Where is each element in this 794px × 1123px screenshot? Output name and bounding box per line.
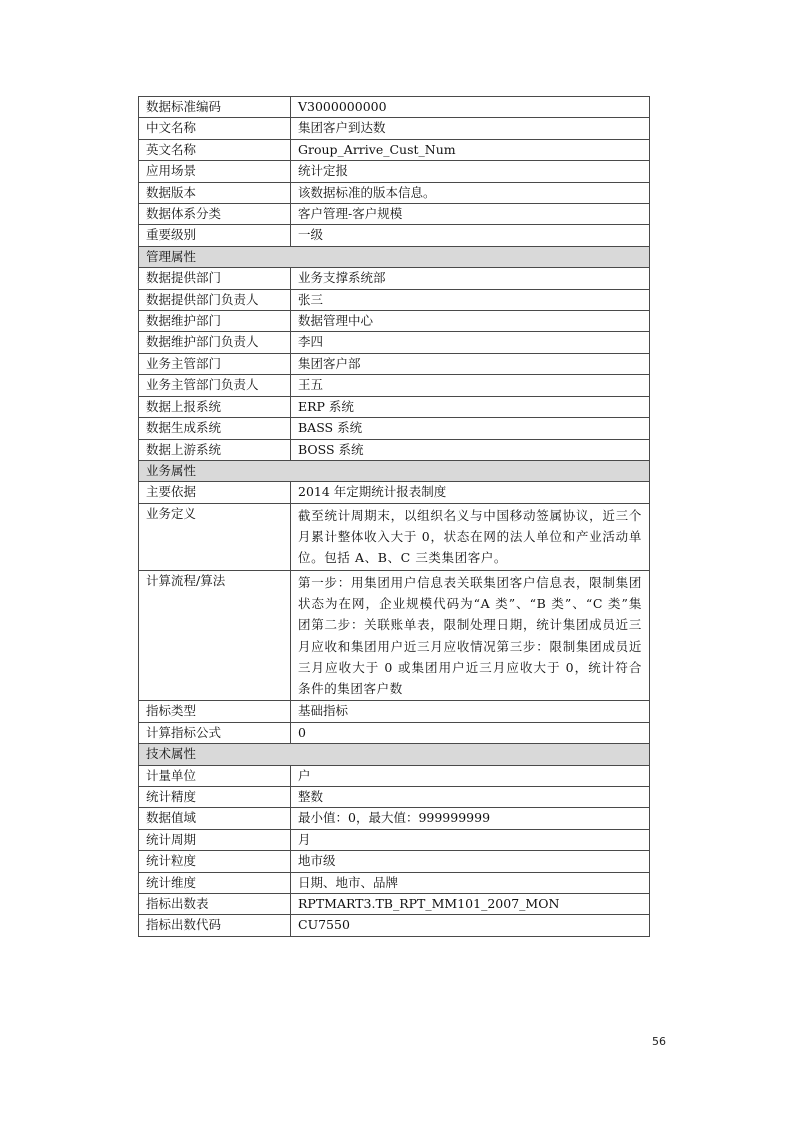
row-value: BOSS 系统 — [291, 439, 650, 460]
section-title: 业务属性 — [139, 460, 650, 481]
row-label: 统计粒度 — [139, 851, 291, 872]
section-header-management: 管理属性 — [139, 246, 650, 267]
section-header-business: 业务属性 — [139, 460, 650, 481]
row-label: 主要依据 — [139, 482, 291, 503]
table-row: 主要依据2014 年定期统计报表制度 — [139, 482, 650, 503]
row-label: 英文名称 — [139, 139, 291, 160]
row-value: 整数 — [291, 787, 650, 808]
row-value: 户 — [291, 765, 650, 786]
row-label: 统计周期 — [139, 829, 291, 850]
row-value: ERP 系统 — [291, 396, 650, 417]
row-value: 第一步：用集团用户信息表关联集团客户信息表，限制集团状态为在网，企业规模代码为“… — [291, 570, 650, 701]
row-label: 指标出数代码 — [139, 915, 291, 936]
row-value: 业务支撑系统部 — [291, 268, 650, 289]
row-value: 2014 年定期统计报表制度 — [291, 482, 650, 503]
row-label: 统计维度 — [139, 872, 291, 893]
row-label: 统计精度 — [139, 787, 291, 808]
table-row: 数据提供部门业务支撑系统部 — [139, 268, 650, 289]
row-value: 数据管理中心 — [291, 311, 650, 332]
table-row: 指标类型基础指标 — [139, 701, 650, 722]
row-label: 数据体系分类 — [139, 204, 291, 225]
row-label: 数据提供部门负责人 — [139, 289, 291, 310]
row-label: 数据生成系统 — [139, 418, 291, 439]
row-label: 数据维护部门负责人 — [139, 332, 291, 353]
table-row: 统计精度整数 — [139, 787, 650, 808]
row-value: 月 — [291, 829, 650, 850]
table-row: 数据生成系统BASS 系统 — [139, 418, 650, 439]
table-row: 数据维护部门负责人李四 — [139, 332, 650, 353]
row-value: 最小值：0，最大值：999999999 — [291, 808, 650, 829]
row-label: 中文名称 — [139, 118, 291, 139]
section-title: 技术属性 — [139, 744, 650, 765]
table-row: 英文名称Group_Arrive_Cust_Num — [139, 139, 650, 160]
section-title: 管理属性 — [139, 246, 650, 267]
table-row: 计算指标公式0 — [139, 722, 650, 743]
row-value: 一级 — [291, 225, 650, 246]
row-label: 业务定义 — [139, 503, 291, 570]
row-label: 计算流程/算法 — [139, 570, 291, 701]
table-row: 数据提供部门负责人张三 — [139, 289, 650, 310]
table-row: 指标出数表RPTMART3.TB_RPT_MM101_2007_MON — [139, 894, 650, 915]
row-label: 数据版本 — [139, 182, 291, 203]
row-label: 业务主管部门 — [139, 353, 291, 374]
table-row: 数据标准编码V3000000000 — [139, 97, 650, 118]
row-value: 0 — [291, 722, 650, 743]
row-label: 计算指标公式 — [139, 722, 291, 743]
row-value: 张三 — [291, 289, 650, 310]
table-row: 中文名称集团客户到达数 — [139, 118, 650, 139]
table-row: 计量单位户 — [139, 765, 650, 786]
table-row: 业务主管部门集团客户部 — [139, 353, 650, 374]
table-row: 数据上报系统ERP 系统 — [139, 396, 650, 417]
row-value: 日期、地市、品牌 — [291, 872, 650, 893]
row-value: Group_Arrive_Cust_Num — [291, 139, 650, 160]
row-label: 应用场景 — [139, 161, 291, 182]
row-value: 李四 — [291, 332, 650, 353]
row-label: 业务主管部门负责人 — [139, 375, 291, 396]
table-row: 统计维度日期、地市、品牌 — [139, 872, 650, 893]
row-label: 重要级别 — [139, 225, 291, 246]
row-value: 客户管理-客户规模 — [291, 204, 650, 225]
table-row: 计算流程/算法第一步：用集团用户信息表关联集团客户信息表，限制集团状态为在网，企… — [139, 570, 650, 701]
page-number: 56 — [652, 1035, 666, 1048]
table-row: 业务定义截至统计周期末，以组织名义与中国移动签属协议，近三个月累计整体收入大于 … — [139, 503, 650, 570]
row-label: 指标出数表 — [139, 894, 291, 915]
table-row: 数据上游系统BOSS 系统 — [139, 439, 650, 460]
section-header-technical: 技术属性 — [139, 744, 650, 765]
row-value: RPTMART3.TB_RPT_MM101_2007_MON — [291, 894, 650, 915]
table-row: 指标出数代码CU7550 — [139, 915, 650, 936]
row-value: 基础指标 — [291, 701, 650, 722]
row-value: 统计定报 — [291, 161, 650, 182]
row-label: 数据维护部门 — [139, 311, 291, 332]
document-page: 数据标准编码V3000000000 中文名称集团客户到达数 英文名称Group_… — [0, 0, 794, 1123]
table-row: 数据值域最小值：0，最大值：999999999 — [139, 808, 650, 829]
row-value: 集团客户到达数 — [291, 118, 650, 139]
row-value: 地市级 — [291, 851, 650, 872]
table-row: 数据维护部门数据管理中心 — [139, 311, 650, 332]
table-row: 业务主管部门负责人王五 — [139, 375, 650, 396]
table-row: 数据版本该数据标准的版本信息。 — [139, 182, 650, 203]
row-label: 计量单位 — [139, 765, 291, 786]
row-label: 数据上报系统 — [139, 396, 291, 417]
table-row: 统计粒度地市级 — [139, 851, 650, 872]
data-standard-table: 数据标准编码V3000000000 中文名称集团客户到达数 英文名称Group_… — [138, 96, 650, 937]
row-value: V3000000000 — [291, 97, 650, 118]
row-label: 数据值域 — [139, 808, 291, 829]
table-row: 统计周期月 — [139, 829, 650, 850]
row-label: 指标类型 — [139, 701, 291, 722]
row-value: 截至统计周期末，以组织名义与中国移动签属协议，近三个月累计整体收入大于 0，状态… — [291, 503, 650, 570]
row-label: 数据标准编码 — [139, 97, 291, 118]
row-value: BASS 系统 — [291, 418, 650, 439]
row-value: 王五 — [291, 375, 650, 396]
row-value: CU7550 — [291, 915, 650, 936]
table-row: 重要级别一级 — [139, 225, 650, 246]
row-label: 数据上游系统 — [139, 439, 291, 460]
row-label: 数据提供部门 — [139, 268, 291, 289]
table-row: 数据体系分类客户管理-客户规模 — [139, 204, 650, 225]
row-value: 集团客户部 — [291, 353, 650, 374]
table-row: 应用场景统计定报 — [139, 161, 650, 182]
row-value: 该数据标准的版本信息。 — [291, 182, 650, 203]
